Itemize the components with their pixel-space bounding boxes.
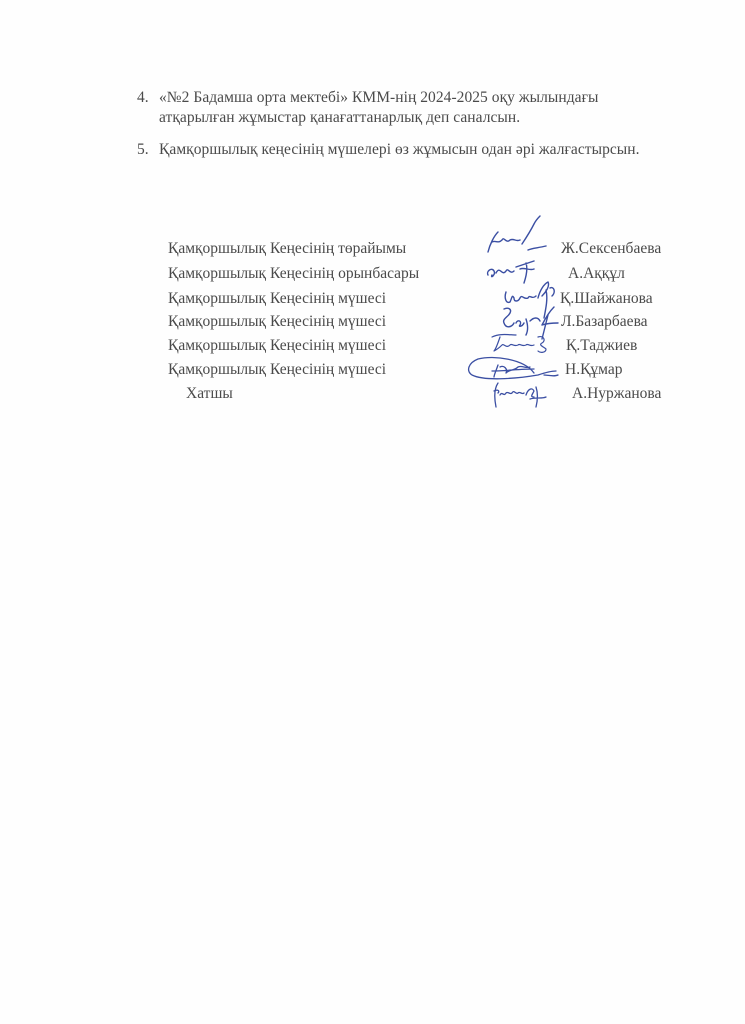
signatory-name: А.Аққұл bbox=[568, 263, 625, 285]
signatory-row: Қамқоршылық Кеңесінің төрайымы Ж.Сексенб… bbox=[0, 238, 745, 260]
signatory-name: Ж.Сексенбаева bbox=[561, 238, 661, 260]
signatory-role: Қамқоршылық Кеңесінің мүшесі bbox=[168, 335, 386, 357]
signatory-row: Қамқоршылық Кеңесінің мүшесі Л.Базарбаев… bbox=[0, 311, 745, 333]
signatory-name: Л.Базарбаева bbox=[561, 311, 648, 333]
signatory-role: Қамқоршылық Кеңесінің мүшесі bbox=[168, 288, 386, 310]
item-text-line: атқарылған жұмыстар қанағаттанарлық деп … bbox=[159, 108, 520, 128]
signature-icon bbox=[488, 377, 552, 413]
signatory-role: Хатшы bbox=[186, 383, 233, 405]
signatory-row: Қамқоршылық Кеңесінің мүшесі Қ.Таджиев bbox=[0, 335, 745, 357]
item-number: 5. bbox=[137, 140, 149, 160]
signatory-role: Қамқоршылық Кеңесінің орынбасары bbox=[168, 263, 419, 285]
signatory-name: Қ.Шайжанова bbox=[560, 288, 653, 310]
signatory-row: Қамқоршылық Кеңесінің мүшесі Н.Құмар bbox=[0, 359, 745, 381]
signatory-name: А.Нуржанова bbox=[572, 383, 661, 405]
signatory-role: Қамқоршылық Кеңесінің мүшесі bbox=[168, 359, 386, 381]
signatory-row: Хатшы А.Нуржанова bbox=[0, 383, 745, 405]
item-text-line: «№2 Бадамша орта мектебі» КММ-нің 2024-2… bbox=[159, 88, 598, 108]
document-page: 4. «№2 Бадамша орта мектебі» КММ-нің 202… bbox=[0, 0, 745, 1024]
item-number: 4. bbox=[137, 88, 149, 108]
signatory-role: Қамқоршылық Кеңесінің мүшесі bbox=[168, 311, 386, 333]
signatory-row: Қамқоршылық Кеңесінің орынбасары А.Аққұл bbox=[0, 263, 745, 285]
signatory-row: Қамқоршылық Кеңесінің мүшесі Қ.Шайжанова bbox=[0, 288, 745, 310]
signatory-name: Қ.Таджиев bbox=[566, 335, 637, 357]
item-text-line: Қамқоршылық кеңесінің мүшелері өз жұмысы… bbox=[159, 140, 640, 160]
signatory-name: Н.Құмар bbox=[565, 359, 623, 381]
signatory-role: Қамқоршылық Кеңесінің төрайымы bbox=[168, 238, 406, 260]
